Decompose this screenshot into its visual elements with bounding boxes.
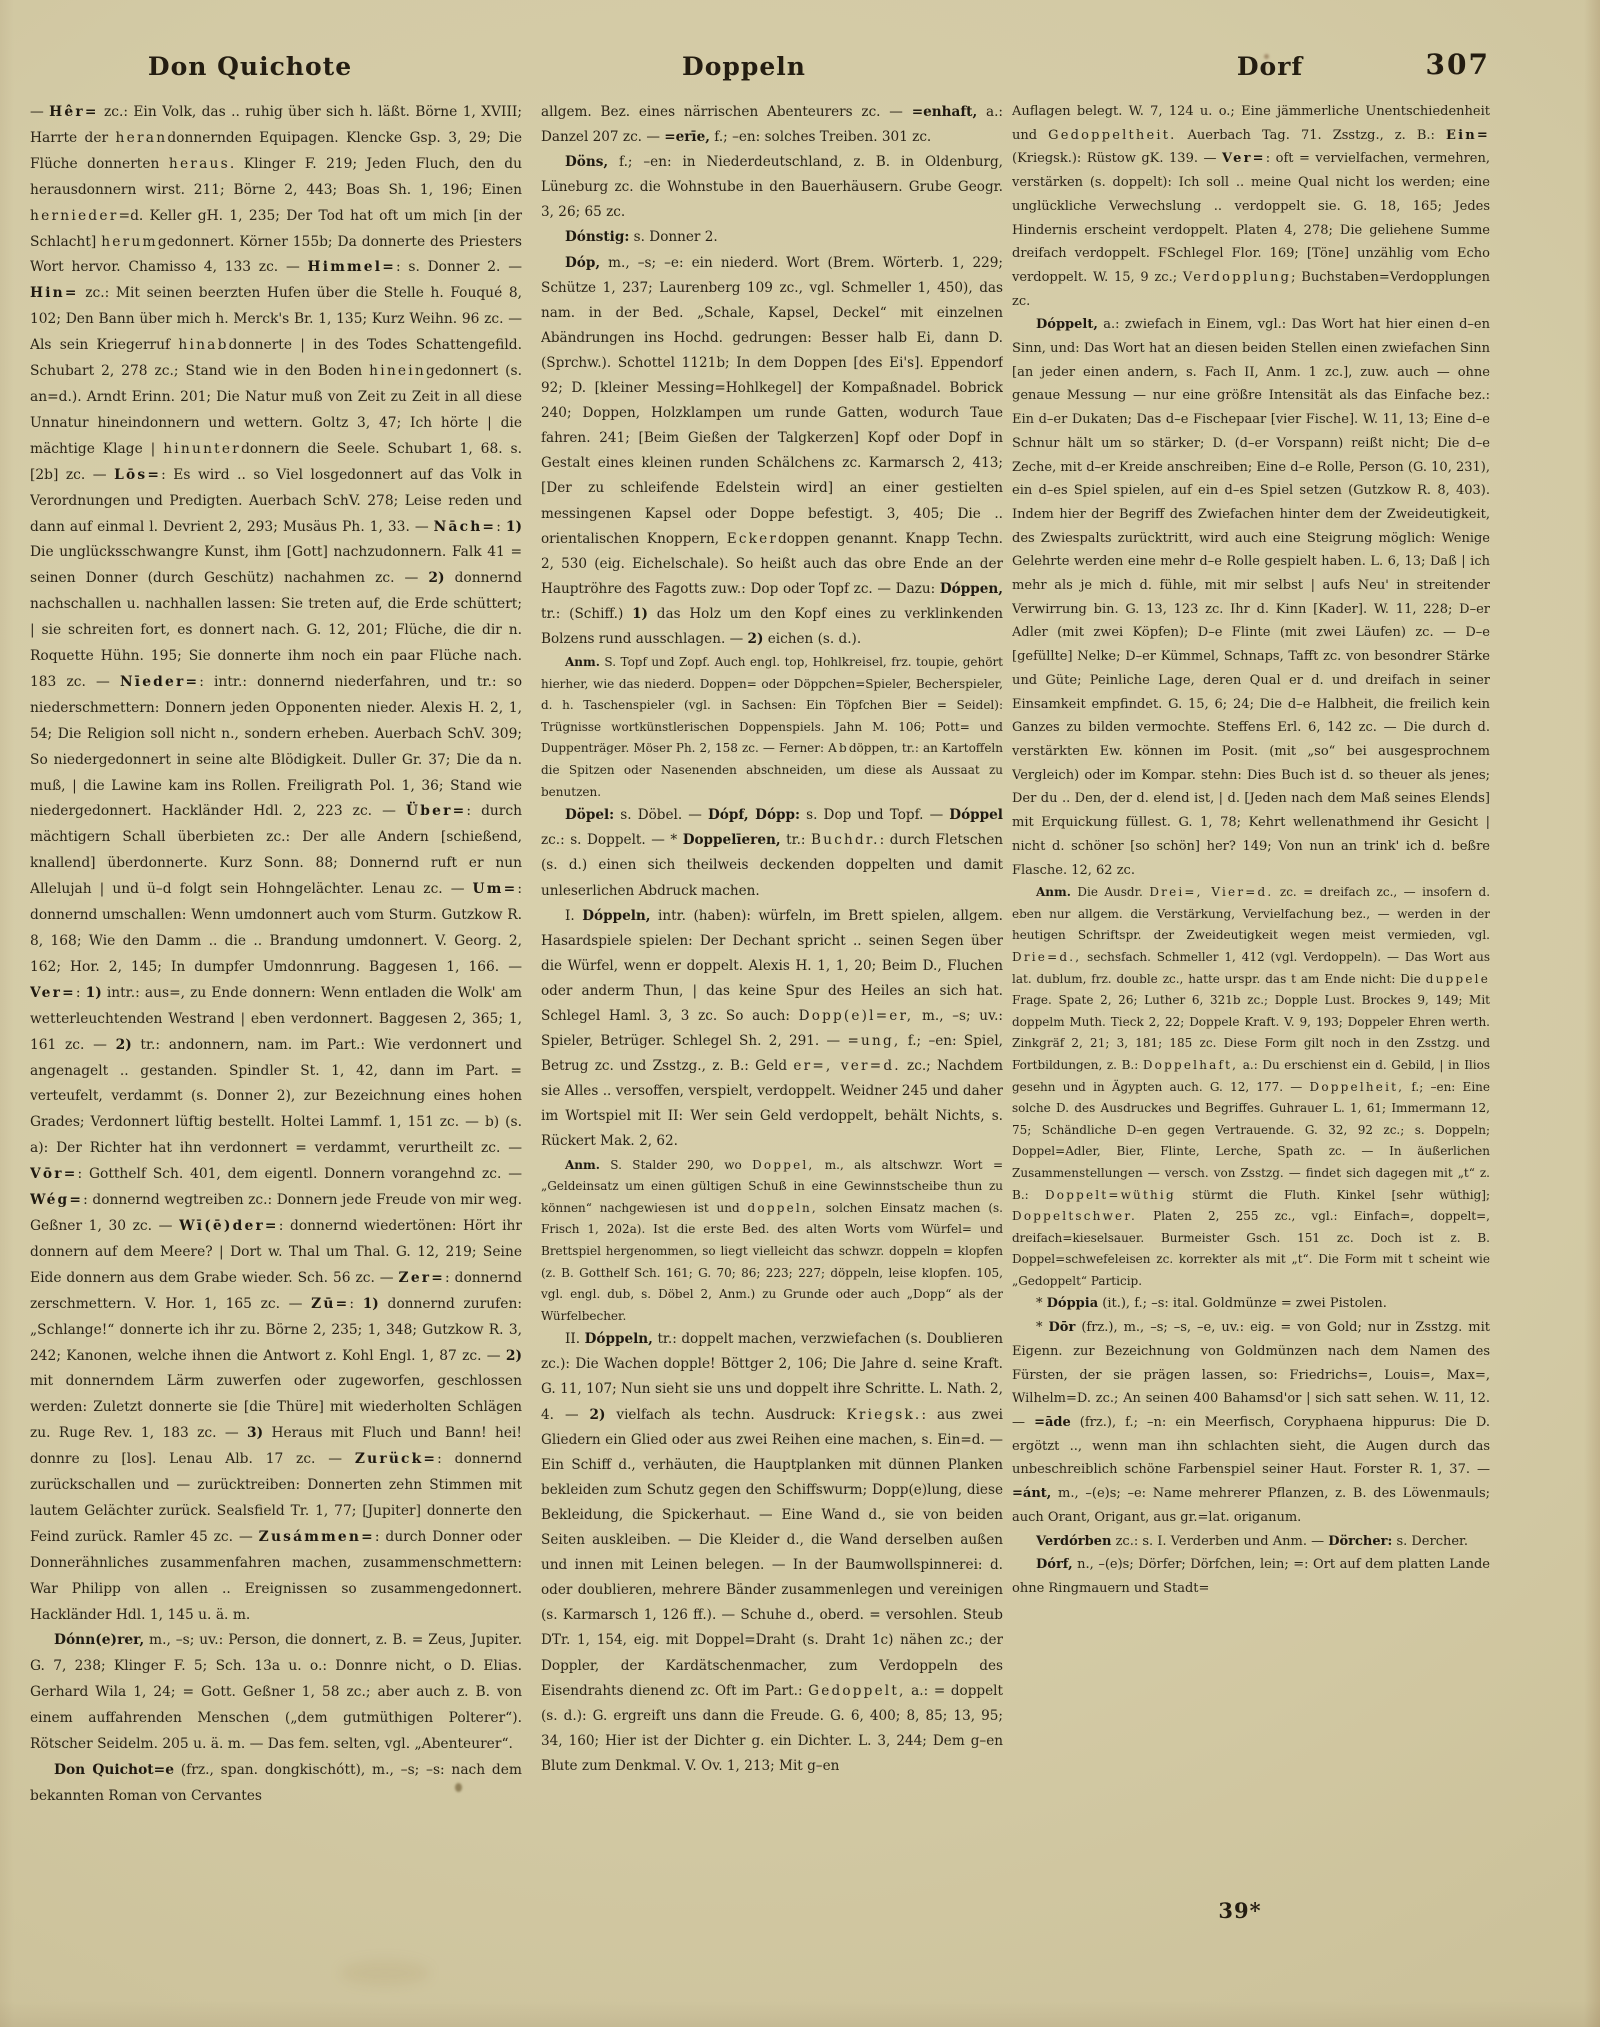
column-2: allgem. Bez. eines närrischen Abenteurer… <box>541 100 1003 1910</box>
paragraph: Anm. Die Ausdr. Drei=, Vier=d. zc. = dre… <box>1012 882 1490 1292</box>
paragraph: Döpel: s. Döbel. — Dópf, Dópp: s. Dop un… <box>541 803 1003 903</box>
paragraph: I. Dóppeln, intr. (haben): würfeln, im B… <box>541 904 1003 1155</box>
running-head-center: Doppeln <box>682 52 806 81</box>
signature-mark: 39* <box>1165 1898 1315 1923</box>
page-number: 307 <box>1426 48 1490 81</box>
paragraph: Döns, f.; –en: in Niederdeutschland, z. … <box>541 150 1003 225</box>
paragraph: Dónstig: s. Donner 2. <box>541 225 1003 250</box>
paragraph: allgem. Bez. eines närrischen Abenteurer… <box>541 100 1003 150</box>
paragraph: Don Quichot=e (frz., span. dongkischótt)… <box>30 1758 522 1810</box>
paragraph: Anm. S. Stalder 290, wo Doppel, m., als … <box>541 1155 1003 1328</box>
dictionary-page: Don Quichote Doppeln Dorf 307 — Hêr= zc.… <box>0 0 1600 2027</box>
paper-stain <box>340 1960 430 1986</box>
paragraph: Anm. S. Topf und Zopf. Auch engl. top, H… <box>541 652 1003 803</box>
paragraph: Dónn(e)rer, m., –s; uv.: Person, die don… <box>30 1628 522 1758</box>
paragraph: Dóp, m., –s; –e: ein niederd. Wort (Brem… <box>541 251 1003 653</box>
column-1: — Hêr= zc.: Ein Volk, das .. ruhig über … <box>30 100 522 1910</box>
column-3: Auflagen belegt. W. 7, 124 u. o.; Eine j… <box>1012 100 1490 1910</box>
paragraph: II. Dóppeln, tr.: doppelt machen, verzwi… <box>541 1327 1003 1779</box>
paragraph: Verdórben zc.: s. I. Verderben und Anm. … <box>1012 1530 1490 1554</box>
paragraph: — Hêr= zc.: Ein Volk, das .. ruhig über … <box>30 100 522 1628</box>
running-head-right: Dorf <box>1237 52 1303 81</box>
paragraph: * Dōr (frz.), m., –s; –s, –e, uv.: eig. … <box>1012 1316 1490 1529</box>
paragraph: Dóppelt, a.: zwiefach in Einem, vgl.: Da… <box>1012 313 1490 882</box>
running-head-left: Don Quichote <box>148 52 352 81</box>
paragraph: Dórf, n., –(e)s; Dörfer; Dörfchen, lein;… <box>1012 1553 1490 1600</box>
paragraph: * Dóppia (it.), f.; –s: ital. Goldmünze … <box>1012 1292 1490 1316</box>
paragraph: Auflagen belegt. W. 7, 124 u. o.; Eine j… <box>1012 100 1490 313</box>
